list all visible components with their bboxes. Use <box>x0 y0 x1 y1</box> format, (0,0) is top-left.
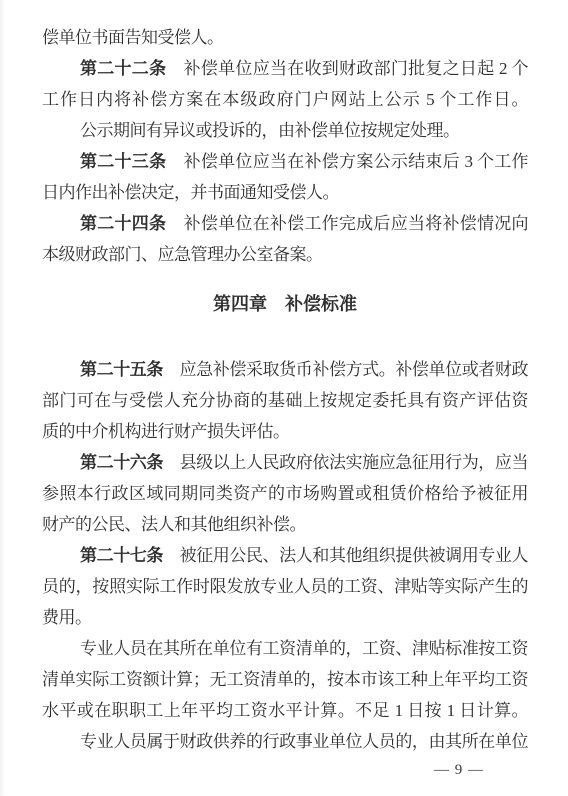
line-text: 费用。 <box>42 608 92 627</box>
line-text: 工作日内将补偿方案在本级政府门户网站上公示 5 个工作日。 <box>42 90 528 109</box>
article-line: 第二十六条 县级以上人民政府依法实施应急征用行为，应当 <box>42 447 528 478</box>
line-text: 质的中介机构进行财产损失评估。 <box>42 422 290 441</box>
article-line: 第二十五条 应急补偿采取货币补偿方式。补偿单位或者财政 <box>42 354 528 385</box>
text-line: 财产的公民、法人和其他组织补偿。 <box>42 509 528 540</box>
article-number: 第二十四条 <box>80 214 166 233</box>
text-line: 工作日内将补偿方案在本级政府门户网站上公示 5 个工作日。 <box>42 84 528 115</box>
text-line: 质的中介机构进行财产损失评估。 <box>42 416 528 447</box>
text-line: 员的，按照实际工作时限发放专业人员的工资、津贴等实际产生的 <box>42 571 528 602</box>
text-line: 参照本行政区域同期同类资产的市场购置或租赁价格给予被征用 <box>42 478 528 509</box>
chapter-heading: 第四章 补偿标准 <box>42 289 528 320</box>
line-text: 专业人员属于财政供养的行政事业单位人员的，由其所在单位 <box>80 732 528 751</box>
line-text: 日内作出补偿决定，并书面通知受偿人。 <box>42 183 339 202</box>
document-page: 偿单位书面告知受偿人。 第二十二条 补偿单位应当在收到财政部门批复之日起 2 个… <box>0 0 568 796</box>
line-text: 水平或在职职工上年平均工资水平计算。不足 1 日按 1 日计算。 <box>42 701 528 720</box>
text-line: 公示期间有异议或投诉的，由补偿单位按规定处理。 <box>42 115 528 146</box>
text-line: 水平或在职职工上年平均工资水平计算。不足 1 日按 1 日计算。 <box>42 695 528 726</box>
text-line: 专业人员在其所在单位有工资清单的，工资、津贴标准按工资 <box>42 633 528 664</box>
line-text: 部门可在与受偿人充分协商的基础上按规定委托具有资产评估资 <box>42 391 528 410</box>
line-text: 公示期间有异议或投诉的，由补偿单位按规定处理。 <box>80 121 460 140</box>
article-line: 第二十四条 补偿单位在补偿工作完成后应当将补偿情况向 <box>42 208 528 239</box>
article-number: 第二十五条 <box>80 360 163 379</box>
page-footer: — 9 — <box>42 759 528 781</box>
line-text: 被征用公民、法人和其他组织提供被调用专业人 <box>163 546 528 565</box>
text-line: 清单实际工资额计算；无工资清单的，按本市该工种上年平均工资 <box>42 664 528 695</box>
article-line: 第二十二条 补偿单位应当在收到财政部门批复之日起 2 个 <box>42 53 528 84</box>
line-text: 补偿单位应当在收到财政部门批复之日起 2 个 <box>166 59 528 78</box>
text-line: 偿单位书面告知受偿人。 <box>42 22 528 53</box>
line-text: 员的，按照实际工作时限发放专业人员的工资、津贴等实际产生的 <box>42 577 528 596</box>
line-text: 补偿单位在补偿工作完成后应当将补偿情况向 <box>166 214 528 233</box>
text-line: 专业人员属于财政供养的行政事业单位人员的，由其所在单位 <box>42 726 528 757</box>
article-number: 第二十六条 <box>80 453 163 472</box>
text-line: 部门可在与受偿人充分协商的基础上按规定委托具有资产评估资 <box>42 385 528 416</box>
line-text: 财产的公民、法人和其他组织补偿。 <box>42 515 306 534</box>
page-number: — 9 — <box>434 762 484 778</box>
article-number: 第二十三条 <box>80 152 166 171</box>
article-number: 第二十七条 <box>80 546 163 565</box>
text-line: 费用。 <box>42 602 528 633</box>
line-text: 县级以上人民政府依法实施应急征用行为，应当 <box>163 453 528 472</box>
line-text: 偿单位书面告知受偿人。 <box>42 28 224 47</box>
line-text: 补偿单位应当在补偿方案公示结束后 3 个工作 <box>166 152 528 171</box>
article-number: 第二十二条 <box>80 59 166 78</box>
line-text: 参照本行政区域同期同类资产的市场购置或租赁价格给予被征用 <box>42 484 528 503</box>
line-text: 本级财政部门、应急管理办公室备案。 <box>42 245 323 264</box>
article-line: 第二十三条 补偿单位应当在补偿方案公示结束后 3 个工作 <box>42 146 528 177</box>
line-text: 应急补偿采取货币补偿方式。补偿单位或者财政 <box>163 360 528 379</box>
line-text: 专业人员在其所在单位有工资清单的，工资、津贴标准按工资 <box>80 639 528 658</box>
line-text: 清单实际工资额计算；无工资清单的，按本市该工种上年平均工资 <box>42 670 528 689</box>
text-line: 本级财政部门、应急管理办公室备案。 <box>42 239 528 270</box>
text-line: 日内作出补偿决定，并书面通知受偿人。 <box>42 177 528 208</box>
article-line: 第二十七条 被征用公民、法人和其他组织提供被调用专业人 <box>42 540 528 571</box>
